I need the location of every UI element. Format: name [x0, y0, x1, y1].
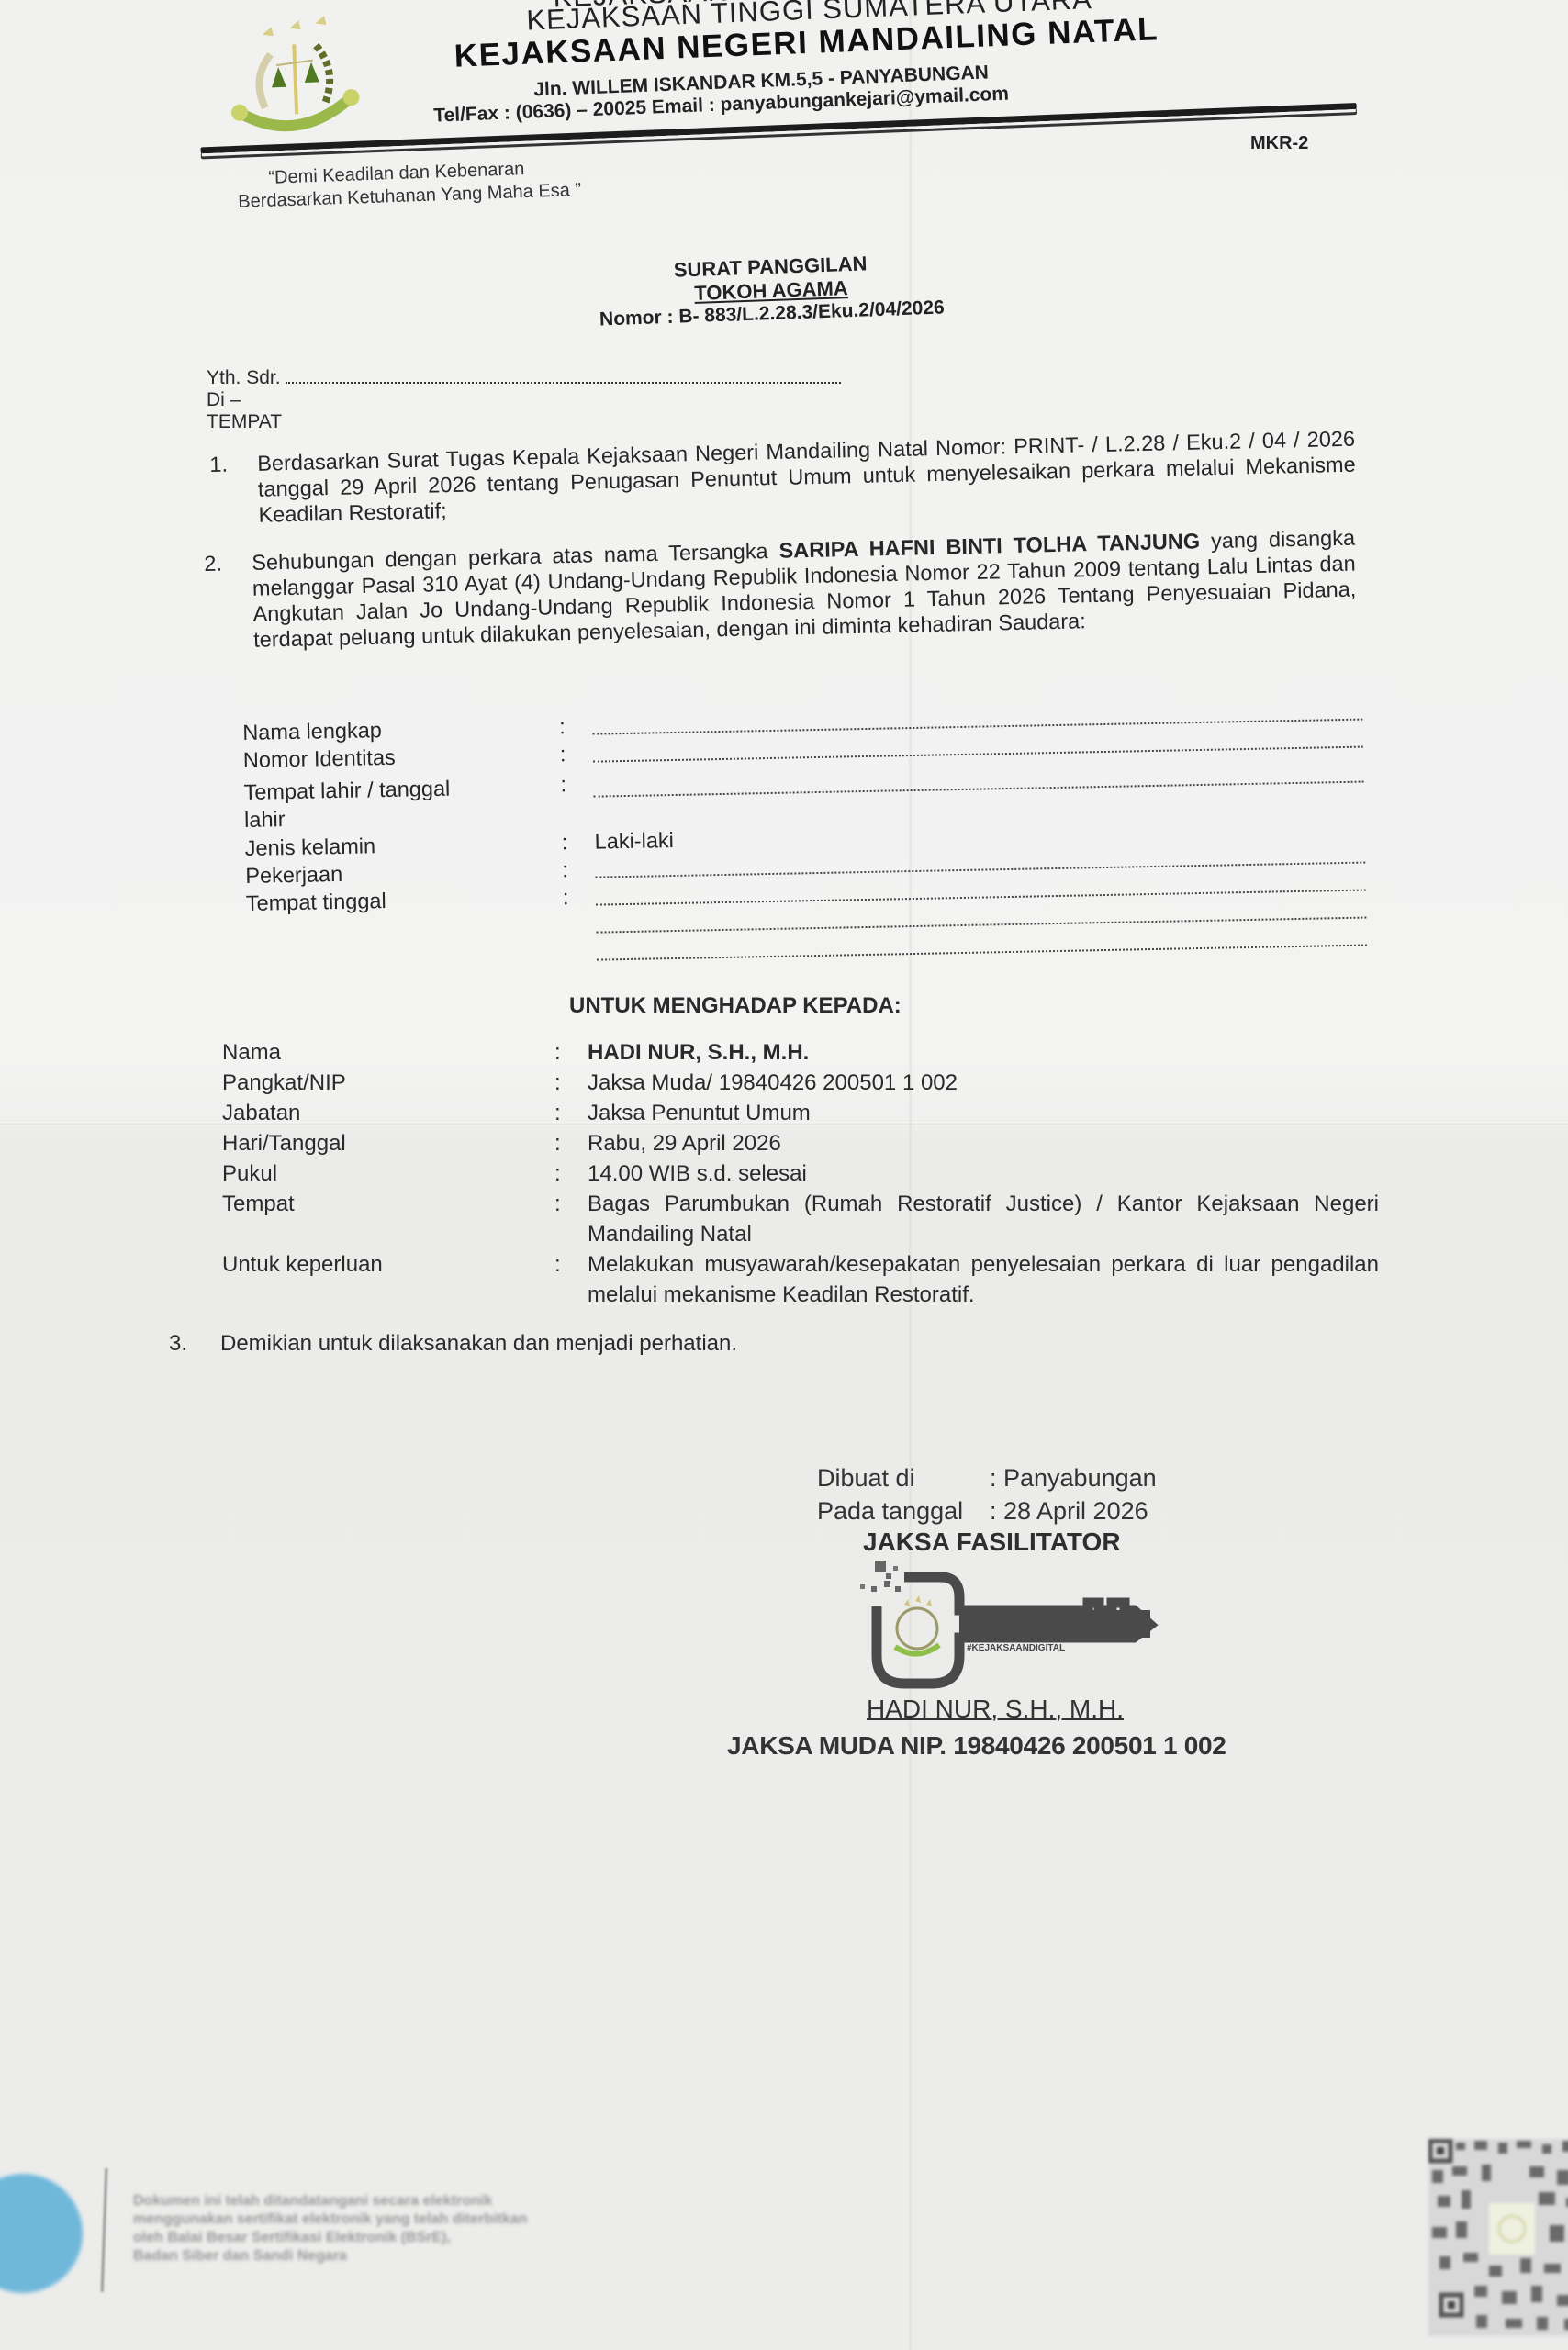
- recipient-block: Yth. Sdr. Di – TEMPAT: [207, 367, 841, 433]
- qr-code-icon: [1428, 2139, 1568, 2336]
- date-value: : 28 April 2026: [990, 1494, 1148, 1527]
- signer-nip: JAKSA MUDA NIP. 19840426 200501 1 002: [727, 1731, 1226, 1761]
- row-label: Pukul: [222, 1158, 554, 1189]
- row-colon: :: [554, 1158, 588, 1189]
- signature-meta: Dibuat di: Panyabungan Pada tanggal: 28 …: [817, 1461, 1157, 1527]
- paragraph-text: Sehubungan dengan perkara atas nama Ters…: [204, 525, 1357, 654]
- form-code: MKR-2: [1250, 133, 1308, 154]
- field-colon: :: [559, 714, 593, 740]
- field-colon: :: [560, 742, 594, 767]
- row-label: Pangkat/NIP: [222, 1068, 554, 1098]
- meeting-row-place: Tempat : Bagas Parumbukan (Rumah Restora…: [222, 1189, 1379, 1249]
- spacer: [564, 965, 597, 966]
- row-label: Nama: [222, 1037, 554, 1068]
- recipient-place: TEMPAT: [207, 411, 841, 433]
- paragraph-1: 1. Berdasarkan Surat Tugas Kepala Kejaks…: [209, 426, 1357, 529]
- field-colon: :: [562, 857, 596, 883]
- row-label: Untuk keperluan: [222, 1249, 554, 1310]
- paragraph-2: 2. Sehubungan dengan perkara atas nama T…: [204, 525, 1357, 654]
- birth-blank: [593, 770, 1363, 798]
- note-line: menggunakan sertifikat elektronik yang t…: [133, 2210, 527, 2229]
- made-in-label: Dibuat di: [817, 1461, 990, 1494]
- recipient-di: Di –: [207, 389, 841, 411]
- row-colon: :: [554, 1249, 588, 1310]
- meeting-heading: UNTUK MENGHADAP KEPADA:: [569, 993, 902, 1019]
- identity-form: Nama lengkap : Nomor Identitas : Tempat …: [242, 697, 1367, 971]
- field-colon: :: [563, 885, 597, 911]
- meeting-place: Bagas Parumbukan (Rumah Restoratif Justi…: [588, 1189, 1379, 1249]
- row-colon: :: [554, 1098, 588, 1128]
- kejaksaan-digital-key-icon: #KEJAKSAANDIGITAL: [858, 1553, 1170, 1691]
- spacer: [247, 965, 564, 971]
- e-signature-note: Dokumen ini telah ditandatangani secara …: [133, 2192, 527, 2266]
- made-in-value: : Panyabungan: [990, 1461, 1157, 1494]
- note-line: Dokumen ini telah ditandatangani secara …: [133, 2192, 527, 2210]
- document-title: SURAT PANGGILAN TOKOH AGAMA Nomor : B- 8…: [541, 247, 1002, 332]
- meeting-row-rank: Pangkat/NIP : Jaksa Muda/ 19840426 20050…: [222, 1068, 1379, 1098]
- paragraph-number: 2.: [204, 551, 222, 576]
- bsre-e-signature-icon: [0, 2174, 83, 2293]
- row-label: Jabatan: [222, 1098, 554, 1128]
- row-label: Tempat: [222, 1189, 554, 1249]
- rank-nip: Jaksa Muda/ 19840426 200501 1 002: [588, 1068, 1379, 1098]
- meeting-details: Nama : HADI NUR, S.H., M.H. Pangkat/NIP …: [222, 1037, 1379, 1310]
- meeting-date: Rabu, 29 April 2026: [588, 1128, 1379, 1158]
- stamp-text: #KEJAKSAANDIGITAL: [967, 1643, 1065, 1653]
- signer-name: HADI NUR, S.H., M.H.: [867, 1695, 1124, 1724]
- residence-blank-3: [597, 934, 1367, 961]
- footer-divider: [101, 2168, 108, 2292]
- paragraph-text: Berdasarkan Surat Tugas Kepala Kejaksaan…: [209, 426, 1357, 529]
- meeting-row-position: Jabatan : Jaksa Penuntut Umum: [222, 1098, 1379, 1128]
- kejaksaan-emblem-icon: [223, 6, 365, 140]
- meeting-row-time: Pukul : 14.00 WIB s.d. selesai: [222, 1158, 1379, 1189]
- letterhead: KEJAKSAAN REPUBLIK INDONESIA KEJAKSAAN T…: [204, 0, 1358, 184]
- meeting-time: 14.00 WIB s.d. selesai: [588, 1158, 1379, 1189]
- position: Jaksa Penuntut Umum: [588, 1098, 1379, 1128]
- note-line: Badan Siber dan Sandi Negara: [133, 2247, 527, 2266]
- closing-text: Demikian untuk dilaksanakan dan menjadi …: [220, 1331, 737, 1356]
- closing-paragraph: 3.Demikian untuk dilaksanakan dan menjad…: [169, 1331, 737, 1357]
- note-line: oleh Balai Besar Sertifikasi Elektronik …: [133, 2229, 527, 2247]
- row-label: Hari/Tanggal: [222, 1128, 554, 1158]
- meeting-purpose: Melakukan musyawarah/kesepakatan penyele…: [588, 1249, 1379, 1310]
- date-label: Pada tanggal: [817, 1494, 990, 1527]
- field-label: Tempat lahir / tanggal lahir: [243, 774, 474, 834]
- meeting-row-name: Nama : HADI NUR, S.H., M.H.: [222, 1037, 1379, 1068]
- meeting-row-purpose: Untuk keperluan : Melakukan musyawarah/k…: [222, 1249, 1379, 1310]
- recipient-blank: [286, 373, 841, 384]
- paragraph-number: 3.: [169, 1331, 220, 1357]
- prosecutor-name: HADI NUR, S.H., M.H.: [588, 1037, 1379, 1068]
- row-colon: :: [554, 1189, 588, 1249]
- meeting-row-date: Hari/Tanggal : Rabu, 29 April 2026: [222, 1128, 1379, 1158]
- field-colon: :: [560, 772, 594, 798]
- row-colon: :: [554, 1037, 588, 1068]
- field-colon: :: [561, 830, 595, 856]
- row-colon: :: [554, 1128, 588, 1158]
- paragraph-number: 1.: [209, 452, 228, 477]
- row-colon: :: [554, 1068, 588, 1098]
- salutation: Yth. Sdr.: [207, 367, 281, 388]
